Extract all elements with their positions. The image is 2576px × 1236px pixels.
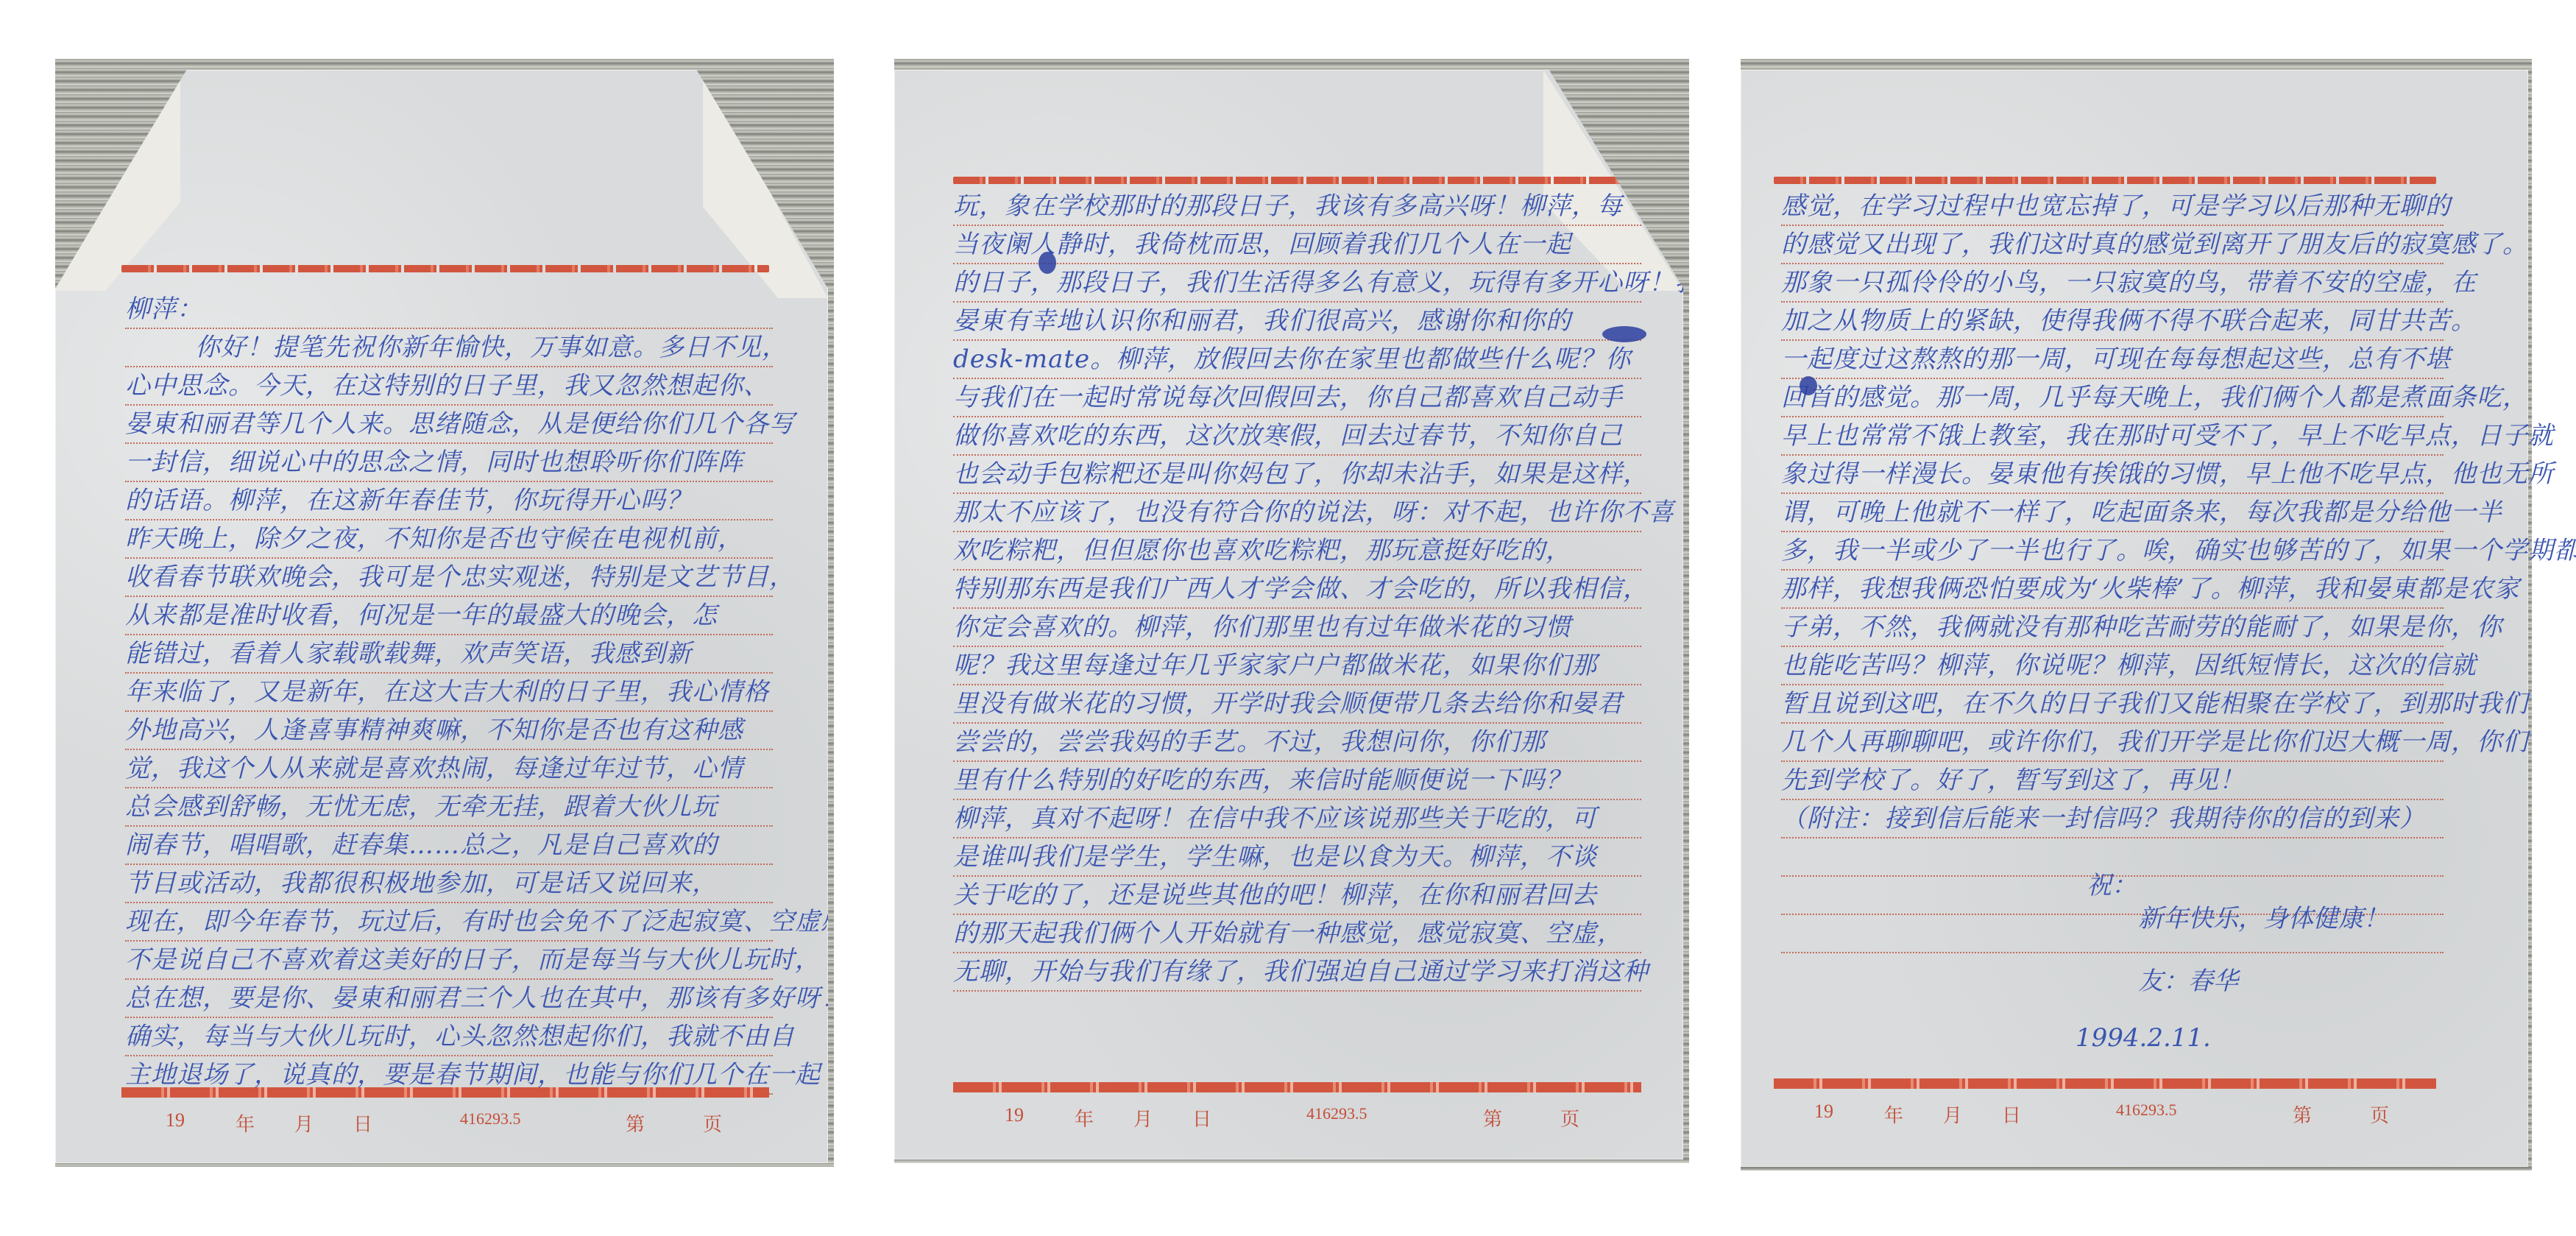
page-footer: 19 年 月 日 416293.5 第 页 — [1005, 1104, 1593, 1126]
text-line: 确实，每当与大伙儿玩时，心头忽然想起你们，我就不由自 — [125, 1018, 773, 1056]
footer-month: 月 — [1133, 1104, 1153, 1131]
text-line: 多，我一半或少了一半也行了。唉，确实也够苦的了，如果一个学期都是 — [1781, 532, 2444, 571]
text-line: 外地高兴，人逢喜事精神爽嘛，不知你是否也有这种感 — [125, 712, 773, 750]
footer-year: 年 — [236, 1109, 255, 1137]
footer-year-prefix: 19 — [1005, 1104, 1024, 1126]
closing-wish-prefix: 祝： — [2087, 865, 2137, 901]
text-line: 子弟，不然，我俩就没有那种吃苦耐劳的能耐了，如果是你，你 — [1781, 609, 2444, 647]
text-line: 关于吃的了，还是说些其他的吧！柳萍，在你和丽君回去 — [953, 877, 1641, 915]
text-line: 当夜阑人静时，我倚枕而思，回顾着我们几个人在一起 — [953, 226, 1641, 264]
footer-page-label: 第 — [2293, 1101, 2312, 1128]
text-line: 里有什么特别的好吃的东西，来信时能顺便说一下吗？ — [953, 762, 1641, 800]
text-line: 年来临了，又是新年，在这大吉大利的日子里，我心情格 — [125, 674, 773, 712]
text-line: 感觉，在学习过程中也宽忘掉了，可是学习以后那种无聊的 — [1781, 188, 2444, 226]
text-line: （附注：接到信后能来一封信吗？我期待你的信的到来） — [1781, 800, 2444, 838]
text-line: 的话语。柳萍，在这新年春佳节，你玩得开心吗？ — [125, 482, 773, 520]
text-line: 收看春节联欢晚会，我可是个忠实观迷，特别是文艺节目， — [125, 559, 773, 597]
footer-page-suffix: 页 — [2370, 1101, 2389, 1128]
text-line: 闹春节，唱唱歌，赶春集……总之，凡是自己喜欢的 — [125, 827, 773, 865]
text-line: 早上也常常不饿上教室，我在那时可受不了，早上不吃早点，日子就 — [1781, 417, 2444, 456]
text-line: 你好！提笔先祝你新年愉快，万事如意。多日不见， — [125, 329, 773, 367]
footer-month: 月 — [1943, 1101, 1962, 1128]
closing-wish: 新年快乐，身体健康！ — [2138, 898, 2388, 934]
text-line: 昨天晚上，除夕之夜，不知你是否也守候在电视机前， — [125, 520, 773, 559]
footer-page-suffix: 页 — [703, 1109, 722, 1137]
text-line: 总会感到舒畅，无忧无虑，无牵无挂，跟着大伙儿玩 — [125, 788, 773, 827]
top-red-rule — [121, 265, 769, 272]
text-line: 从来都是准时收看，何况是一年的最盛大的晚会，怎 — [125, 597, 773, 635]
text-line: 做你喜欢吃的东西，这次放寒假，回去过春节，不知你自己 — [953, 417, 1641, 456]
footer-year-prefix: 19 — [1814, 1101, 1833, 1123]
text-line: 加之从物质上的紧缺，使得我俩不得不联合起来，同甘共苦。 — [1781, 303, 2444, 341]
text-line: 心中思念。今天，在这特别的日子里，我又忽然想起你、 — [125, 367, 773, 406]
text-line: 一封信，细说心中的思念之情，同时也想聆听你们阵阵 — [125, 444, 773, 482]
text-line: 谓，可晚上他就不一样了，吃起面条来，每次我都是分给他一半 — [1781, 494, 2444, 532]
footer-day: 日 — [353, 1109, 372, 1137]
text-line: 晏東有幸地认识你和丽君，我们很高兴，感谢你和你的 — [953, 303, 1641, 341]
text-line: 觉，我这个人从来就是喜欢热闹，每逢过年过节，心情 — [125, 750, 773, 788]
top-red-rule — [1774, 177, 2436, 184]
letter-body: 玩，象在学校那时的那段日子，我该有多高兴呀！柳萍，每 当夜阑人静时，我倚枕而思，… — [953, 188, 1641, 992]
letter-date: 1994.2.11. — [2076, 1023, 2211, 1053]
text-line: 那样，我想我俩恐怕要成为‘火柴棒’了。柳萍，我和晏東都是农家 — [1781, 571, 2444, 609]
footer-code: 416293.5 — [2116, 1101, 2177, 1120]
text-line: 欢吃粽粑，但但愿你也喜欢吃粽粑，那玩意挺好吃的， — [953, 532, 1641, 571]
salutation: 柳萍： — [125, 291, 773, 329]
footer-code: 416293.5 — [460, 1109, 521, 1129]
ink-blot — [1038, 252, 1056, 274]
text-line: 无聊，开始与我们有缘了，我们强迫自己通过学习来打消这种 — [953, 953, 1641, 992]
text-line: 那象一只孤伶伶的小鸟，一只寂寞的鸟，带着不安的空虚，在 — [1781, 264, 2444, 303]
text-line: 总在想，要是你、晏東和丽君三个人也在其中，那该有多好呀！ — [125, 980, 773, 1018]
text-line: 也会动手包粽粑还是叫你妈包了，你却未沾手，如果是这样， — [953, 456, 1641, 494]
text-line: 象过得一样漫长。晏東他有挨饿的习惯，早上他不吃早点，他也无所 — [1781, 456, 2444, 494]
footer-month: 月 — [294, 1109, 314, 1137]
text-line: 柳萍，真对不起呀！在信中我不应该说那些关于吃的，可 — [953, 800, 1641, 838]
page-footer: 19 年 月 日 416293.5 第 页 — [1814, 1101, 2403, 1123]
top-red-rule — [953, 177, 1641, 184]
footer-year: 年 — [1075, 1104, 1094, 1131]
ink-blot — [1800, 376, 1817, 395]
text-line: 能错过，看着人家载歌载舞，欢声笑语，我感到新 — [125, 635, 773, 674]
footer-page-label: 第 — [626, 1109, 645, 1137]
letter-page-1: 柳萍： 你好！提笔先祝你新年愉快，万事如意。多日不见， 心中思念。今天，在这特别… — [55, 70, 828, 1163]
text-line: 尝尝的，尝尝我妈的手艺。不过，我想问你，你们那 — [953, 724, 1641, 762]
footer-day: 日 — [2002, 1101, 2021, 1128]
footer-year: 年 — [1884, 1101, 1903, 1128]
text-line: 暂且说到这吧，在不久的日子我们又能相聚在学校了，到那时我们 — [1781, 685, 2444, 724]
text-line: 的感觉又出现了，我们这时真的感觉到离开了朋友后的寂寞感了。 — [1781, 226, 2444, 264]
text-line: 那太不应该了，也没有符合你的说法，呀：对不起，也许你不喜 — [953, 494, 1641, 532]
text-line: 呢？我这里每逢过年几乎家家户户都做米花，如果你们那 — [953, 647, 1641, 685]
text-line: 是谁叫我们是学生，学生嘛，也是以食为天。柳萍，不谈 — [953, 838, 1641, 877]
footer-page-label: 第 — [1483, 1104, 1502, 1131]
text-line: desk-mate。柳萍，放假回去你在家里也都做些什么呢？你 — [953, 341, 1641, 379]
letter-body: 感觉，在学习过程中也宽忘掉了，可是学习以后那种无聊的 的感觉又出现了，我们这时真… — [1781, 188, 2444, 953]
text-line: 先到学校了。好了，暂写到这了，再见！ — [1781, 762, 2444, 800]
text-line: 玩，象在学校那时的那段日子，我该有多高兴呀！柳萍，每 — [953, 188, 1641, 226]
text-line: 里没有做米花的习惯，开学时我会顺便带几条去给你和晏君 — [953, 685, 1641, 724]
text-line: 现在，即今年春节，玩过后，有时也会免不了泛起寂寞、空虚感， — [125, 903, 773, 942]
signature: 友：春华 — [2138, 961, 2238, 997]
footer-code: 416293.5 — [1306, 1104, 1367, 1123]
bottom-red-rule — [1774, 1078, 2436, 1089]
text-line: 节目或活动，我都很积极地参加，可是话又说回来， — [125, 865, 773, 903]
text-line: 也能吃苦吗？柳萍，你说呢？柳萍，因纸短情长，这次的信就 — [1781, 647, 2444, 685]
text-line: 与我们在一起时常说每次回假回去，你自己都喜欢自己动手 — [953, 379, 1641, 417]
text-line: 几个人再聊聊吧，或许你们，我们开学是比你们迟大概一周，你们 — [1781, 724, 2444, 762]
footer-year-prefix: 19 — [166, 1109, 185, 1131]
bottom-red-rule — [953, 1082, 1641, 1092]
text-line: 你定会喜欢的。柳萍，你们那里也有过年做米花的习惯 — [953, 609, 1641, 647]
page-footer: 19 年 月 日 416293.5 第 页 — [166, 1109, 754, 1131]
letter-body: 柳萍： 你好！提笔先祝你新年愉快，万事如意。多日不见， 心中思念。今天，在这特别… — [125, 291, 773, 1095]
text-line: 回首的感觉。那一周，几乎每天晚上，我们俩个人都是煮面条吃， — [1781, 379, 2444, 417]
letter-page-3: 感觉，在学习过程中也宽忘掉了，可是学习以后那种无聊的 的感觉又出现了，我们这时真… — [1741, 70, 2528, 1167]
footer-day: 日 — [1192, 1104, 1211, 1131]
text-line: 一起度过这熬熬的那一周，可现在每每想起这些，总有不堪 — [1781, 341, 2444, 379]
text-line: 晏東和丽君等几个人来。思绪随念，从是便给你们几个各写 — [125, 406, 773, 444]
letter-page-2: 玩，象在学校那时的那段日子，我该有多高兴呀！柳萍，每 当夜阑人静时，我倚枕而思，… — [894, 70, 1683, 1159]
text-line: 的日子，那段日子，我们生活得多么有意义，玩得有多开心呀！我和 — [953, 264, 1641, 303]
text-line: 的那天起我们俩个人开始就有一种感觉，感觉寂寞、空虚， — [953, 915, 1641, 953]
text-line: 特别那东西是我们广西人才学会做、才会吃的，所以我相信， — [953, 571, 1641, 609]
footer-page-suffix: 页 — [1560, 1104, 1579, 1131]
text-line: 不是说自己不喜欢着这美好的日子，而是每当与大伙儿玩时， — [125, 942, 773, 980]
ink-blot — [1602, 326, 1646, 342]
bottom-red-rule — [121, 1087, 769, 1098]
